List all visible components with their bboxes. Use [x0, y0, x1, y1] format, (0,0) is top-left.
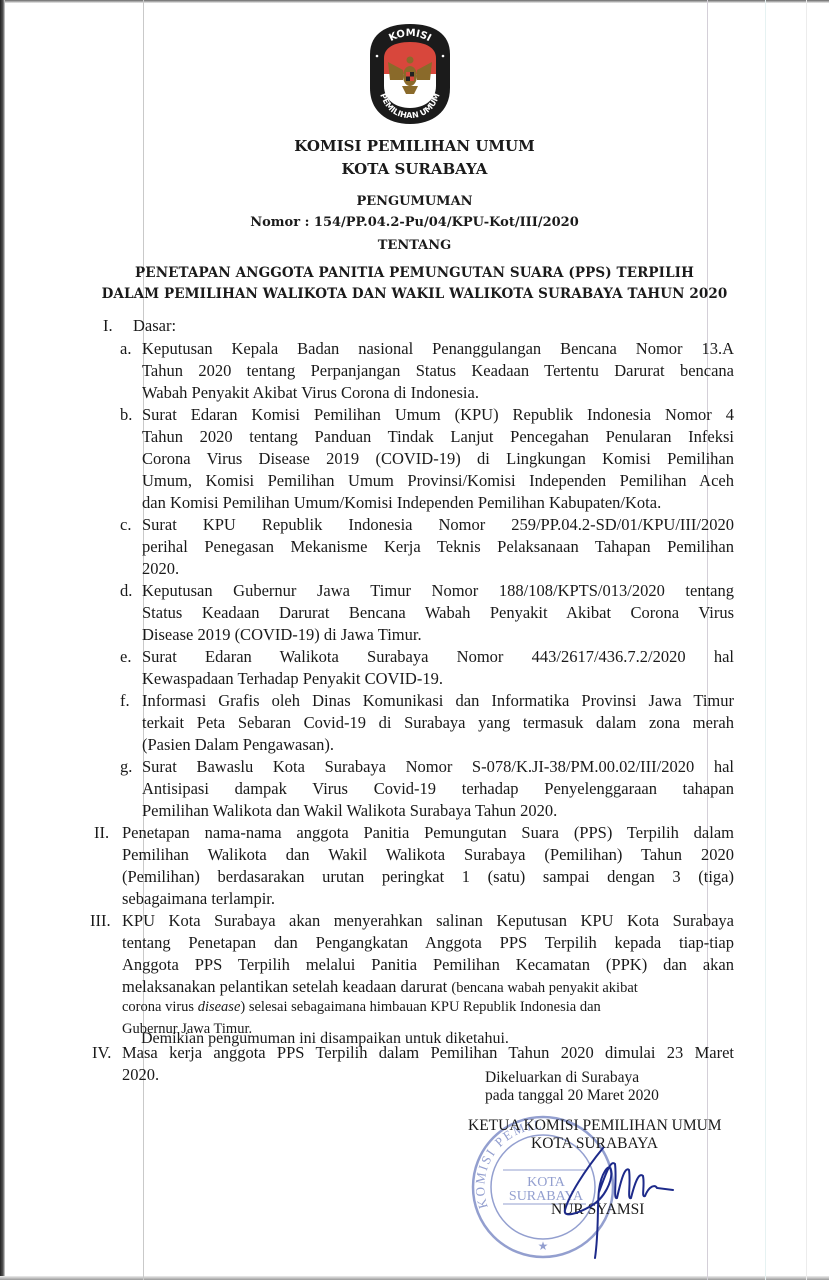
- section-line-small: (bencana wabah penyakit akibat: [451, 980, 637, 996]
- section-line-text: corona virus: [122, 999, 198, 1015]
- handwritten-signature-icon: [555, 1140, 675, 1265]
- kpu-logo-icon: KOMISI PEMILIHAN UMUM: [368, 22, 452, 126]
- item-line: 2020.: [142, 559, 179, 579]
- fold-line: [707, 0, 708, 1280]
- item-line: Surat KPU Republik Indonesia Nomor 259/P…: [142, 515, 734, 535]
- signatory-position-line-1: KETUA KOMISI PEMILIHAN UMUM: [468, 1117, 722, 1135]
- section-line: corona virus disease) selesai sebagaiman…: [122, 999, 734, 1016]
- item-line: Tahun 2020 tentang Panduan Tindak Lanjut…: [142, 427, 734, 447]
- item-line: Surat Bawaslu Kota Surabaya Nomor S-078/…: [142, 757, 734, 777]
- section-line: melaksanakan pelantikan setelah keadaan …: [122, 977, 734, 997]
- institution-name: KOMISI PEMILIHAN UMUM: [0, 137, 829, 155]
- item-line: Disease 2019 (COVID-19) di Jawa Timur.: [142, 625, 422, 645]
- section-numeral: III.: [90, 911, 111, 931]
- section-line: Penetapan nama-nama anggota Panitia Pemu…: [122, 823, 734, 843]
- item-line: Status Keadaan Darurat Bencana Wabah Pen…: [142, 603, 734, 623]
- section-line-small: ) selesai sebagaimana himbauan KPU Repub…: [240, 999, 600, 1015]
- section-line: Anggota PPS Terpilih melalui Panitia Pem…: [122, 955, 734, 975]
- scan-edge-bottom: [0, 1276, 829, 1280]
- section-numeral: IV.: [92, 1043, 111, 1063]
- document-title-line-1: PENETAPAN ANGGOTA PANITIA PEMUNGUTAN SUA…: [0, 265, 829, 281]
- section-line-italic: disease: [198, 999, 241, 1015]
- section-line: tentang Penetapan dan Pengangkatan Anggo…: [122, 933, 734, 953]
- item-line: Corona Virus Disease 2019 (COVID-19) di …: [142, 449, 734, 469]
- section-line: KPU Kota Surabaya akan menyerahkan salin…: [122, 911, 734, 931]
- fold-line: [806, 0, 807, 1280]
- scan-edge-left: [0, 0, 5, 1280]
- item-line: Antisipasi dampak Virus Covid-19 terhada…: [142, 779, 734, 799]
- section-numeral: I.: [103, 316, 113, 336]
- item-line: Kewaspadaan Terhadap Penyakit COVID-19.: [142, 669, 443, 689]
- item-line: Umum, Komisi Pemilihan Umum Provinsi/Kom…: [142, 471, 734, 491]
- item-letter: g.: [120, 757, 132, 777]
- item-line: Wabah Penyakit Akibat Virus Corona di In…: [142, 383, 479, 403]
- item-line: Surat Edaran Komisi Pemilihan Umum (KPU)…: [142, 405, 734, 425]
- section-line: Pemilihan Walikota dan Wakil Walikota Su…: [122, 845, 734, 865]
- issued-place: Dikeluarkan di Surabaya: [485, 1069, 639, 1087]
- document-number: Nomor : 154/PP.04.2-Pu/04/KPU-Kot/III/20…: [0, 215, 829, 230]
- svg-text:★: ★: [538, 1239, 549, 1253]
- section-heading: Dasar:: [133, 316, 176, 336]
- item-letter: b.: [120, 405, 132, 425]
- item-letter: d.: [120, 581, 132, 601]
- section-line: 2020.: [122, 1065, 159, 1085]
- about-label: TENTANG: [0, 238, 829, 253]
- item-line: Keputusan Gubernur Jawa Timur Nomor 188/…: [142, 581, 734, 601]
- section-numeral: II.: [94, 823, 109, 843]
- city-name: KOTA SURABAYA: [0, 160, 829, 178]
- item-letter: c.: [120, 515, 131, 535]
- item-line: terkait Peta Sebaran Covid-19 di Surabay…: [142, 713, 734, 733]
- item-line: Pemilihan Walikota dan Wakil Walikota Su…: [142, 801, 557, 821]
- fold-line: [765, 0, 766, 1280]
- item-line: Surat Edaran Walikota Surabaya Nomor 443…: [142, 647, 734, 667]
- item-letter: a.: [120, 339, 131, 359]
- section-line: sebagaimana terlampir.: [122, 889, 275, 909]
- section-line-text: melaksanakan pelantikan setelah keadaan …: [122, 977, 447, 996]
- closing-statement: Demikian pengumuman ini disampaikan untu…: [141, 1030, 509, 1048]
- document-type: PENGUMUMAN: [0, 194, 829, 209]
- item-line: (Pasien Dalam Pengawasan).: [142, 735, 334, 755]
- item-line: dan Komisi Pemilihan Umum/Komisi Indepen…: [142, 493, 661, 513]
- item-letter: f.: [120, 691, 130, 711]
- item-line: Tahun 2020 tentang Perpanjangan Status K…: [142, 361, 734, 381]
- item-line: perihal Penegasan Mekanisme Kerja Teknis…: [142, 537, 734, 557]
- item-line: Keputusan Kepala Badan nasional Penanggu…: [142, 339, 734, 359]
- item-line: Informasi Grafis oleh Dinas Komunikasi d…: [142, 691, 734, 711]
- item-letter: e.: [120, 647, 131, 667]
- section-line: (Pemilihan) berdasarakan urutan peringka…: [122, 867, 734, 887]
- document-title-line-2: DALAM PEMILIHAN WALIKOTA DAN WAKIL WALIK…: [0, 286, 829, 302]
- scan-edge-top: [0, 0, 829, 3]
- issued-date: pada tanggal 20 Maret 2020: [485, 1087, 659, 1105]
